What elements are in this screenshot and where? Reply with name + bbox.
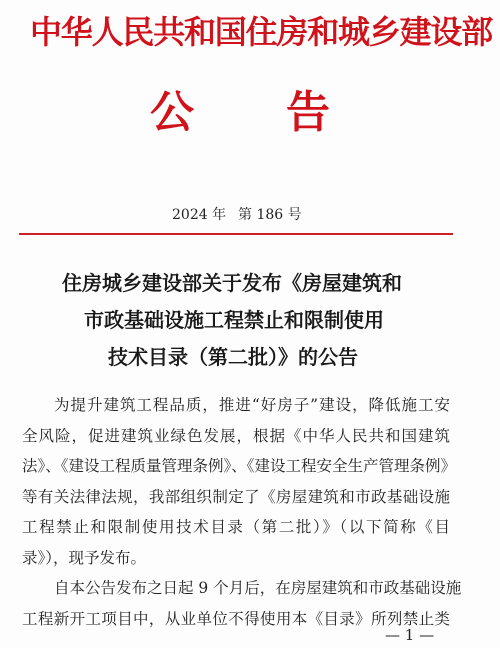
document-year: 2024 年 [172, 206, 226, 224]
body-line-4: 等有关法律法规，我部组织制定了《房屋建筑和市政基础设施 [22, 482, 450, 513]
body-line-7: 自本公告发布之日起 9 个月后，在房屋建筑和市政基础设施 [22, 573, 450, 604]
body-line-6: 录》），现予发布。 [22, 543, 450, 574]
doc-type-char-1: 公 [150, 88, 194, 138]
document-serial: 第 186 号 [238, 206, 302, 224]
title-line-1: 住房城乡建设部关于发布《房屋建筑和 [62, 268, 402, 299]
document-page: 中华人民共和国住房和城乡建设部 公 告 2024 年 第 186 号 住房城乡建… [0, 0, 500, 648]
body-line-1: 为提升建筑工程品质，推进“好房子”建设，降低施工安 [22, 390, 450, 421]
document-type-heading: 公 告 [150, 88, 330, 138]
title-line-3: 技术目录（第二批）》的公告 [108, 342, 358, 373]
page-number: — 1 — [385, 626, 434, 644]
body-line-3: 法》、《建设工程质量管理条例》、《建设工程安全生产管理条例》 [22, 451, 450, 482]
issuing-authority: 中华人民共和国住房和城乡建设部 [30, 12, 450, 52]
body-line-2: 全风险，促进建筑业绿色发展，根据《中华人民共和国建筑 [22, 421, 450, 452]
body-text: 为提升建筑工程品质，推进“好房子”建设，降低施工安 全风险，促进建筑业绿色发展，… [22, 390, 450, 634]
red-divider-rule [19, 233, 453, 235]
title-line-2: 市政基础设施工程禁止和限制使用 [84, 305, 384, 336]
body-line-5: 工程禁止和限制使用技术目录（第二批）》（以下简称《目 [22, 512, 450, 543]
doc-type-char-2: 告 [286, 88, 330, 138]
